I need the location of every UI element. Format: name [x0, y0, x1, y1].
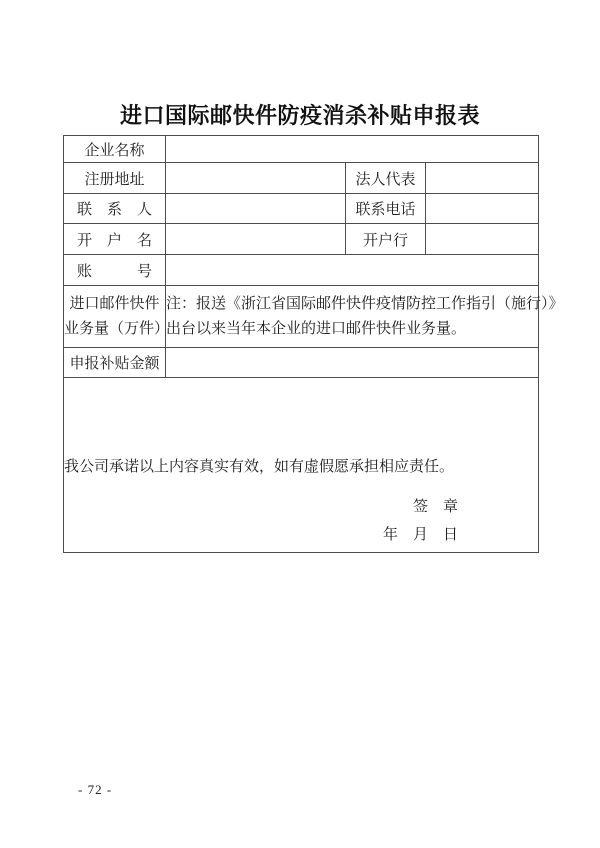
bank-name-field [426, 224, 539, 255]
document-page: 进口国际邮快件防疫消杀补贴申报表 企业名称 注册地址 法人代表 联 系 人 联系… [0, 0, 600, 848]
contact-phone-field [426, 194, 539, 224]
page-number: - 72 - [78, 782, 112, 798]
mail-volume-note-line2: 出台以来当年本企业的进口邮件快件业务量。 [166, 317, 538, 342]
form-title: 进口国际邮快件防疫消杀补贴申报表 [0, 102, 600, 130]
signature-label: 签 章 [383, 493, 458, 521]
account-name-field [166, 224, 346, 255]
row-account-number: 账 号 [64, 255, 539, 286]
account-name-label: 开 户 名 [64, 224, 166, 255]
mail-volume-note-line1: 注：报送《浙江省国际邮件快件疫情防控工作指引（施行）》 [166, 292, 538, 317]
registered-address-label: 注册地址 [64, 163, 166, 194]
commitment-text: 我公司承诺以上内容真实有效，如有虚假愿承担相应责任。 [64, 455, 538, 476]
account-number-field [166, 255, 539, 286]
row-contact: 联 系 人 联系电话 [64, 194, 539, 224]
mail-volume-note: 注：报送《浙江省国际邮件快件疫情防控工作指引（施行）》 出台以来当年本企业的进口… [166, 286, 539, 348]
contact-person-label: 联 系 人 [64, 194, 166, 224]
company-name-label: 企业名称 [64, 136, 166, 163]
application-form-table: 企业名称 注册地址 法人代表 联 系 人 联系电话 开 户 名 开户行 账 号 [63, 135, 539, 553]
contact-phone-label: 联系电话 [346, 194, 426, 224]
date-label: 年 月 日 [383, 521, 458, 549]
row-mail-volume: 进口邮件快件 业务量（万件） 注：报送《浙江省国际邮件快件疫情防控工作指引（施行… [64, 286, 539, 348]
row-declaration: 我公司承诺以上内容真实有效，如有虚假愿承担相应责任。 签 章 年 月 日 [64, 378, 539, 553]
subsidy-amount-field [166, 348, 539, 378]
row-company-name: 企业名称 [64, 136, 539, 163]
legal-representative-label: 法人代表 [346, 163, 426, 194]
row-address-legal-rep: 注册地址 法人代表 [64, 163, 539, 194]
legal-representative-field [426, 163, 539, 194]
signature-block: 签 章 年 月 日 [383, 493, 458, 549]
contact-person-field [166, 194, 346, 224]
account-number-label: 账 号 [64, 255, 166, 286]
mail-volume-label-line2: 业务量（万件） [64, 317, 165, 342]
subsidy-amount-label: 申报补贴金额 [64, 348, 166, 378]
mail-volume-label-line1: 进口邮件快件 [64, 292, 165, 317]
row-subsidy-amount: 申报补贴金额 [64, 348, 539, 378]
registered-address-field [166, 163, 346, 194]
company-name-field [166, 136, 539, 163]
row-bank-account: 开 户 名 开户行 [64, 224, 539, 255]
mail-volume-label: 进口邮件快件 业务量（万件） [64, 286, 166, 348]
declaration-cell: 我公司承诺以上内容真实有效，如有虚假愿承担相应责任。 签 章 年 月 日 [64, 378, 539, 553]
bank-name-label: 开户行 [346, 224, 426, 255]
